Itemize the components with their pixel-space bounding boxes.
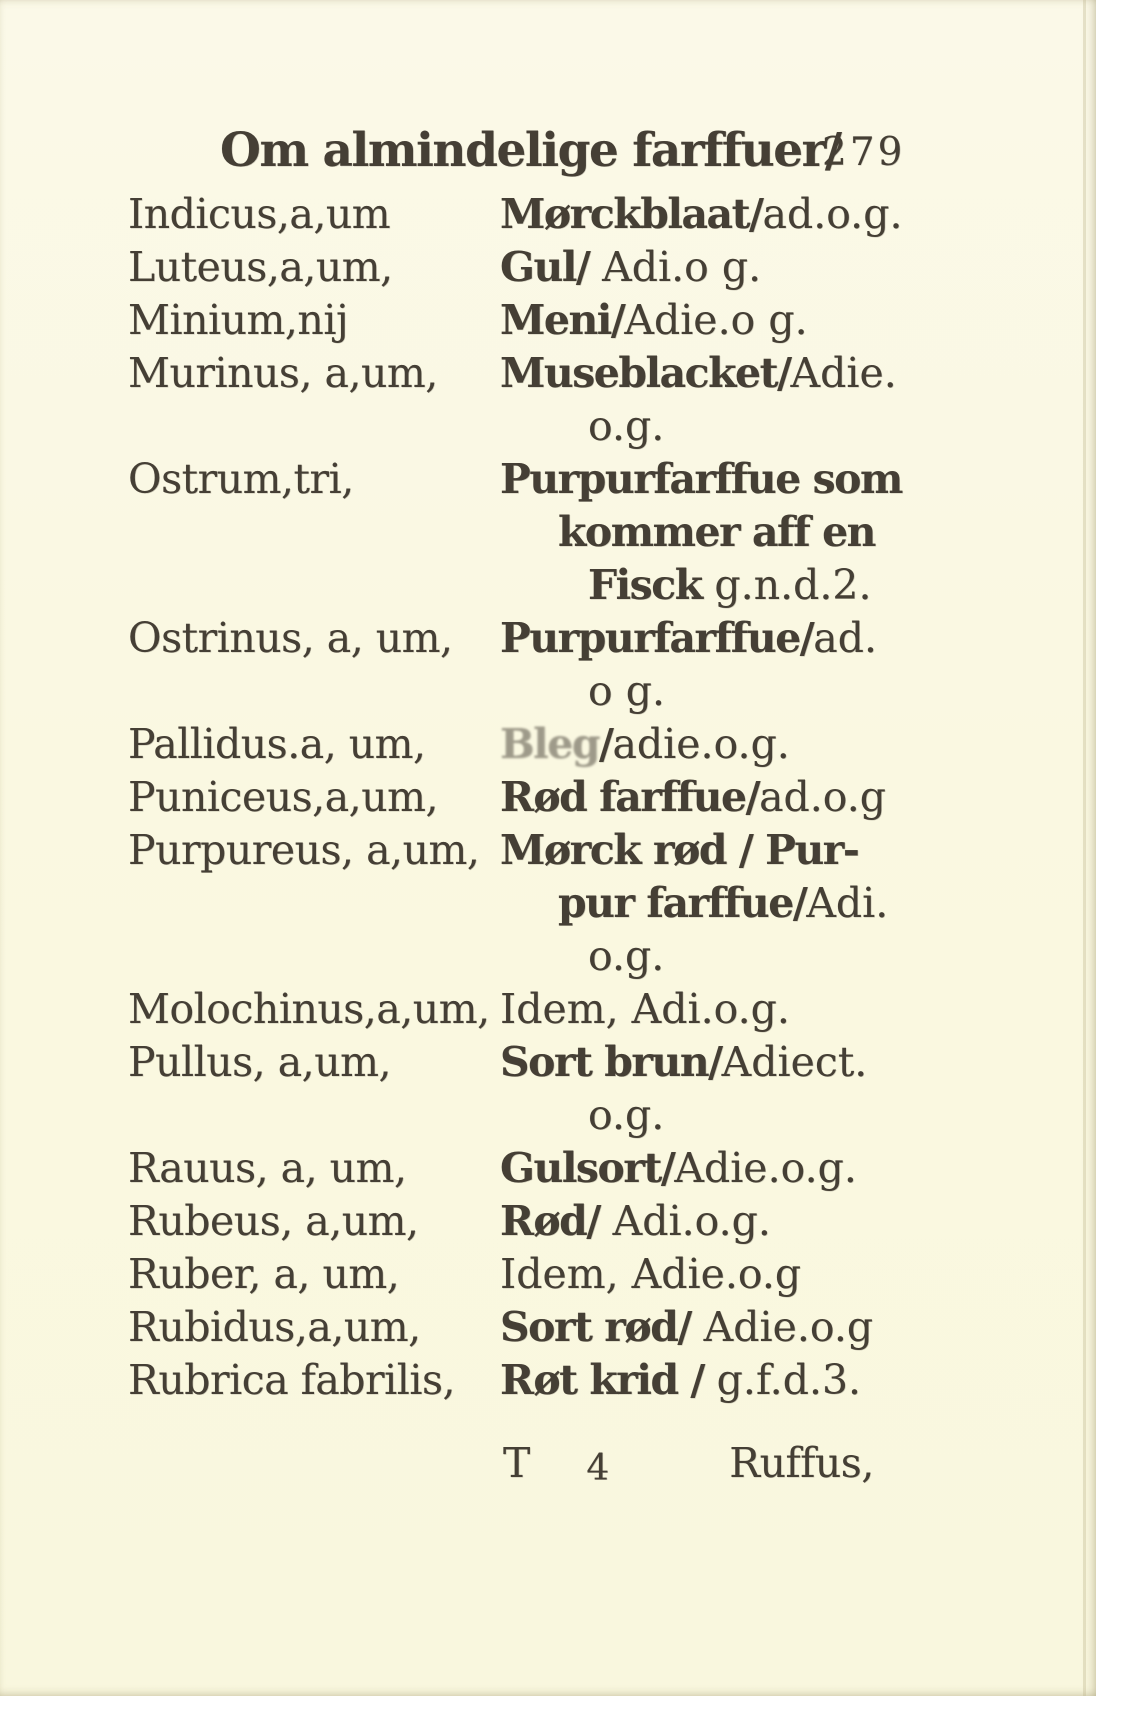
entry-lemma: Rauus, a, um,: [128, 1142, 500, 1195]
roman-text: Idem, Adi.o.g.: [500, 985, 790, 1033]
entry-definition-line: Mørck rød / Pur-: [500, 824, 938, 877]
dictionary-entry: Pallidus.a, um,Bleg/adie.o.g.: [128, 718, 938, 771]
dictionary-entry: Luteus,a,um,Gul/ Adi.o g.: [128, 241, 938, 294]
blackletter-text: /: [599, 720, 612, 768]
entry-definition: Idem, Adie.o.g: [500, 1248, 938, 1301]
entry-definition: Sort brun/Adiect.o.g.: [500, 1036, 938, 1142]
roman-text: Adi.o.g.: [613, 1197, 771, 1245]
dictionary-entry: Murinus, a,um,Museblacket/Adie.o.g.: [128, 347, 938, 453]
roman-text: ad.: [813, 614, 877, 662]
entry-lemma: Ostrinus, a, um,: [128, 612, 500, 665]
running-title: Om almindelige farffuer/: [220, 122, 841, 180]
entry-definition-line: Gul/ Adi.o g.: [500, 241, 938, 294]
blackletter-text: Gul/: [500, 243, 602, 291]
dictionary-entry: Purpureus, a,um,Mørck rød / Pur-pur farf…: [128, 824, 938, 983]
blackletter-text: Fisck: [588, 561, 714, 609]
blackletter-text: kommer aff en: [558, 508, 875, 556]
roman-text: o.g.: [588, 932, 664, 980]
entry-definition-line: o.g.: [588, 930, 938, 983]
roman-text: Adie.o.g.: [674, 1144, 857, 1192]
blackletter-text: Purpurfarffue/: [500, 614, 813, 662]
entry-lemma: Rubrica fabrilis,: [128, 1354, 500, 1407]
entry-lemma: Rubidus,a,um,: [128, 1301, 500, 1354]
dictionary-entry: Rubidus,a,um,Sort rød/ Adie.o.g: [128, 1301, 938, 1354]
entry-definition-line: Museblacket/Adie.: [500, 347, 938, 400]
entry-definition-line: Idem, Adie.o.g: [500, 1248, 938, 1301]
entry-definition-line: Sort brun/Adiect.: [500, 1036, 938, 1089]
entry-definition-line: Idem, Adi.o.g.: [500, 983, 938, 1036]
entry-lemma: Molochinus,a,um,: [128, 983, 500, 1036]
entry-definition-line: pur farffue/Adi.: [558, 877, 938, 930]
entry-definition-line: Mørckblaat/ad.o.g.: [500, 188, 938, 241]
blackletter-text: Rød farffue/: [500, 773, 759, 821]
entry-lemma: Minium,nij: [128, 294, 500, 347]
entry-definition: Idem, Adi.o.g.: [500, 983, 938, 1036]
blackletter-text: Sort brun/: [500, 1038, 722, 1086]
entry-lemma: Murinus, a,um,: [128, 347, 500, 400]
page-right-edge: [1083, 0, 1086, 1696]
dictionary-entry: Indicus,a,umMørckblaat/ad.o.g.: [128, 188, 938, 241]
entry-definition: Sort rød/ Adie.o.g: [500, 1301, 938, 1354]
entry-lemma: Puniceus,a,um,: [128, 771, 500, 824]
entry-lemma: Luteus,a,um,: [128, 241, 500, 294]
entry-definition: Mørck rød / Pur-pur farffue/Adi.o.g.: [500, 824, 938, 983]
page-number: 279: [822, 130, 905, 175]
dictionary-entry: Rauus, a, um,Gulsort/Adie.o.g.: [128, 1142, 938, 1195]
blackletter-text: Museblacket/: [500, 349, 791, 397]
blackletter-text: Mørck rød / Pur-: [500, 826, 858, 874]
entry-definition-line: Røt krid / g.f.d.3.: [500, 1354, 938, 1407]
roman-text: o.g.: [588, 1091, 664, 1139]
roman-text: ad.o.g: [759, 773, 886, 821]
entry-definition: Purpurfarffue/ad.o g.: [500, 612, 938, 718]
entry-definition-line: o.g.: [588, 400, 938, 453]
entry-definition: Purpurfarffue somkommer aff enFisck g.n.…: [500, 453, 938, 612]
dictionary-entry: Molochinus,a,um,Idem, Adi.o.g.: [128, 983, 938, 1036]
entry-lemma: Ostrum,tri,: [128, 453, 500, 506]
roman-text: g.n.d.2.: [714, 561, 871, 609]
binding-shadow: [0, 72, 14, 1684]
scanned-book-page: Om almindelige farffuer/ 279 Indicus,a,u…: [0, 0, 1128, 1718]
roman-text: g.f.d.3.: [717, 1356, 861, 1404]
page-footer: T4Ruffus,: [128, 1437, 938, 1495]
entry-definition: Meni/Adie.o g.: [500, 294, 938, 347]
blackletter-text: Rød/: [500, 1197, 613, 1245]
catchword: Ruffus,: [729, 1439, 874, 1487]
entry-lemma: Indicus,a,um: [128, 188, 500, 241]
entry-lemma: Purpureus, a,um,: [128, 824, 500, 877]
entry-definition-line: Rød/ Adi.o.g.: [500, 1195, 938, 1248]
entry-lemma: Pullus, a,um,: [128, 1036, 500, 1089]
entry-definition: Bleg/adie.o.g.: [500, 718, 938, 771]
dictionary-entry: Ostrum,tri,Purpurfarffue somkommer aff e…: [128, 453, 938, 612]
blackletter-text: Røt krid /: [500, 1356, 717, 1404]
blackletter-text: Sort rød/: [500, 1303, 704, 1351]
blackletter-text: pur farffue/: [558, 879, 806, 927]
dictionary-entry: Rubeus, a,um,Rød/ Adi.o.g.: [128, 1195, 938, 1248]
roman-text: Adiect.: [722, 1038, 868, 1086]
roman-text: ad.o.g.: [763, 190, 903, 238]
entry-definition-line: o g.: [588, 665, 938, 718]
roman-text: Adie.: [791, 349, 897, 397]
entry-definition-line: Gulsort/Adie.o.g.: [500, 1142, 938, 1195]
signature-mark: T: [503, 1439, 530, 1487]
entry-definition-line: Purpurfarffue som: [500, 453, 938, 506]
entry-definition: Rød/ Adi.o.g.: [500, 1195, 938, 1248]
entry-definition-line: Fisck g.n.d.2.: [588, 559, 938, 612]
dictionary-entry: Pullus, a,um,Sort brun/Adiect.o.g.: [128, 1036, 938, 1142]
entry-definition-line: Purpurfarffue/ad.: [500, 612, 938, 665]
dictionary-entry: Puniceus,a,um,Rød farffue/ad.o.g: [128, 771, 938, 824]
entry-lemma: Pallidus.a, um,: [128, 718, 500, 771]
roman-text: Adi.o g.: [602, 243, 761, 291]
roman-text: Adie.o g.: [624, 296, 807, 344]
dictionary-entry: Minium,nijMeni/Adie.o g.: [128, 294, 938, 347]
roman-text: Adi.: [806, 879, 888, 927]
entry-definition-line: Bleg/adie.o.g.: [500, 718, 938, 771]
entry-definition: Røt krid / g.f.d.3.: [500, 1354, 938, 1407]
entry-lemma: Ruber, a, um,: [128, 1248, 500, 1301]
entry-definition: Museblacket/Adie.o.g.: [500, 347, 938, 453]
blackletter-text: Mørckblaat/: [500, 190, 763, 238]
entry-definition: Gul/ Adi.o g.: [500, 241, 938, 294]
signature-number: 4: [586, 1448, 609, 1489]
blackletter-text: Purpurfarffue som: [500, 455, 902, 503]
dictionary-entry: Rubrica fabrilis,Røt krid / g.f.d.3.: [128, 1354, 938, 1407]
roman-text: Adie.o.g: [704, 1303, 874, 1351]
entry-list: Indicus,a,umMørckblaat/ad.o.g.Luteus,a,u…: [128, 188, 938, 1407]
blackletter-text: Gulsort/: [500, 1144, 674, 1192]
blackletter-text: Meni/: [500, 296, 624, 344]
entry-definition-line: Meni/Adie.o g.: [500, 294, 938, 347]
roman-text: Idem, Adie.o.g: [500, 1250, 801, 1298]
page-header: Om almindelige farffuer/ 279: [0, 122, 1096, 184]
dictionary-entry: Ruber, a, um,Idem, Adie.o.g: [128, 1248, 938, 1301]
entry-definition-line: Sort rød/ Adie.o.g: [500, 1301, 938, 1354]
entry-definition-line: kommer aff en: [558, 506, 938, 559]
entry-definition-line: Rød farffue/ad.o.g: [500, 771, 938, 824]
page-paper: Om almindelige farffuer/ 279 Indicus,a,u…: [0, 0, 1096, 1696]
roman-text: o.g.: [588, 402, 664, 450]
roman-text: o g.: [588, 667, 665, 715]
blackletter-text: Bleg: [500, 720, 599, 768]
entry-definition-line: o.g.: [588, 1089, 938, 1142]
entry-definition: Gulsort/Adie.o.g.: [500, 1142, 938, 1195]
entry-definition: Rød farffue/ad.o.g: [500, 771, 938, 824]
dictionary-entry: Ostrinus, a, um,Purpurfarffue/ad.o g.: [128, 612, 938, 718]
entry-lemma: Rubeus, a,um,: [128, 1195, 500, 1248]
roman-text: adie.o.g.: [612, 720, 789, 768]
entry-definition: Mørckblaat/ad.o.g.: [500, 188, 938, 241]
